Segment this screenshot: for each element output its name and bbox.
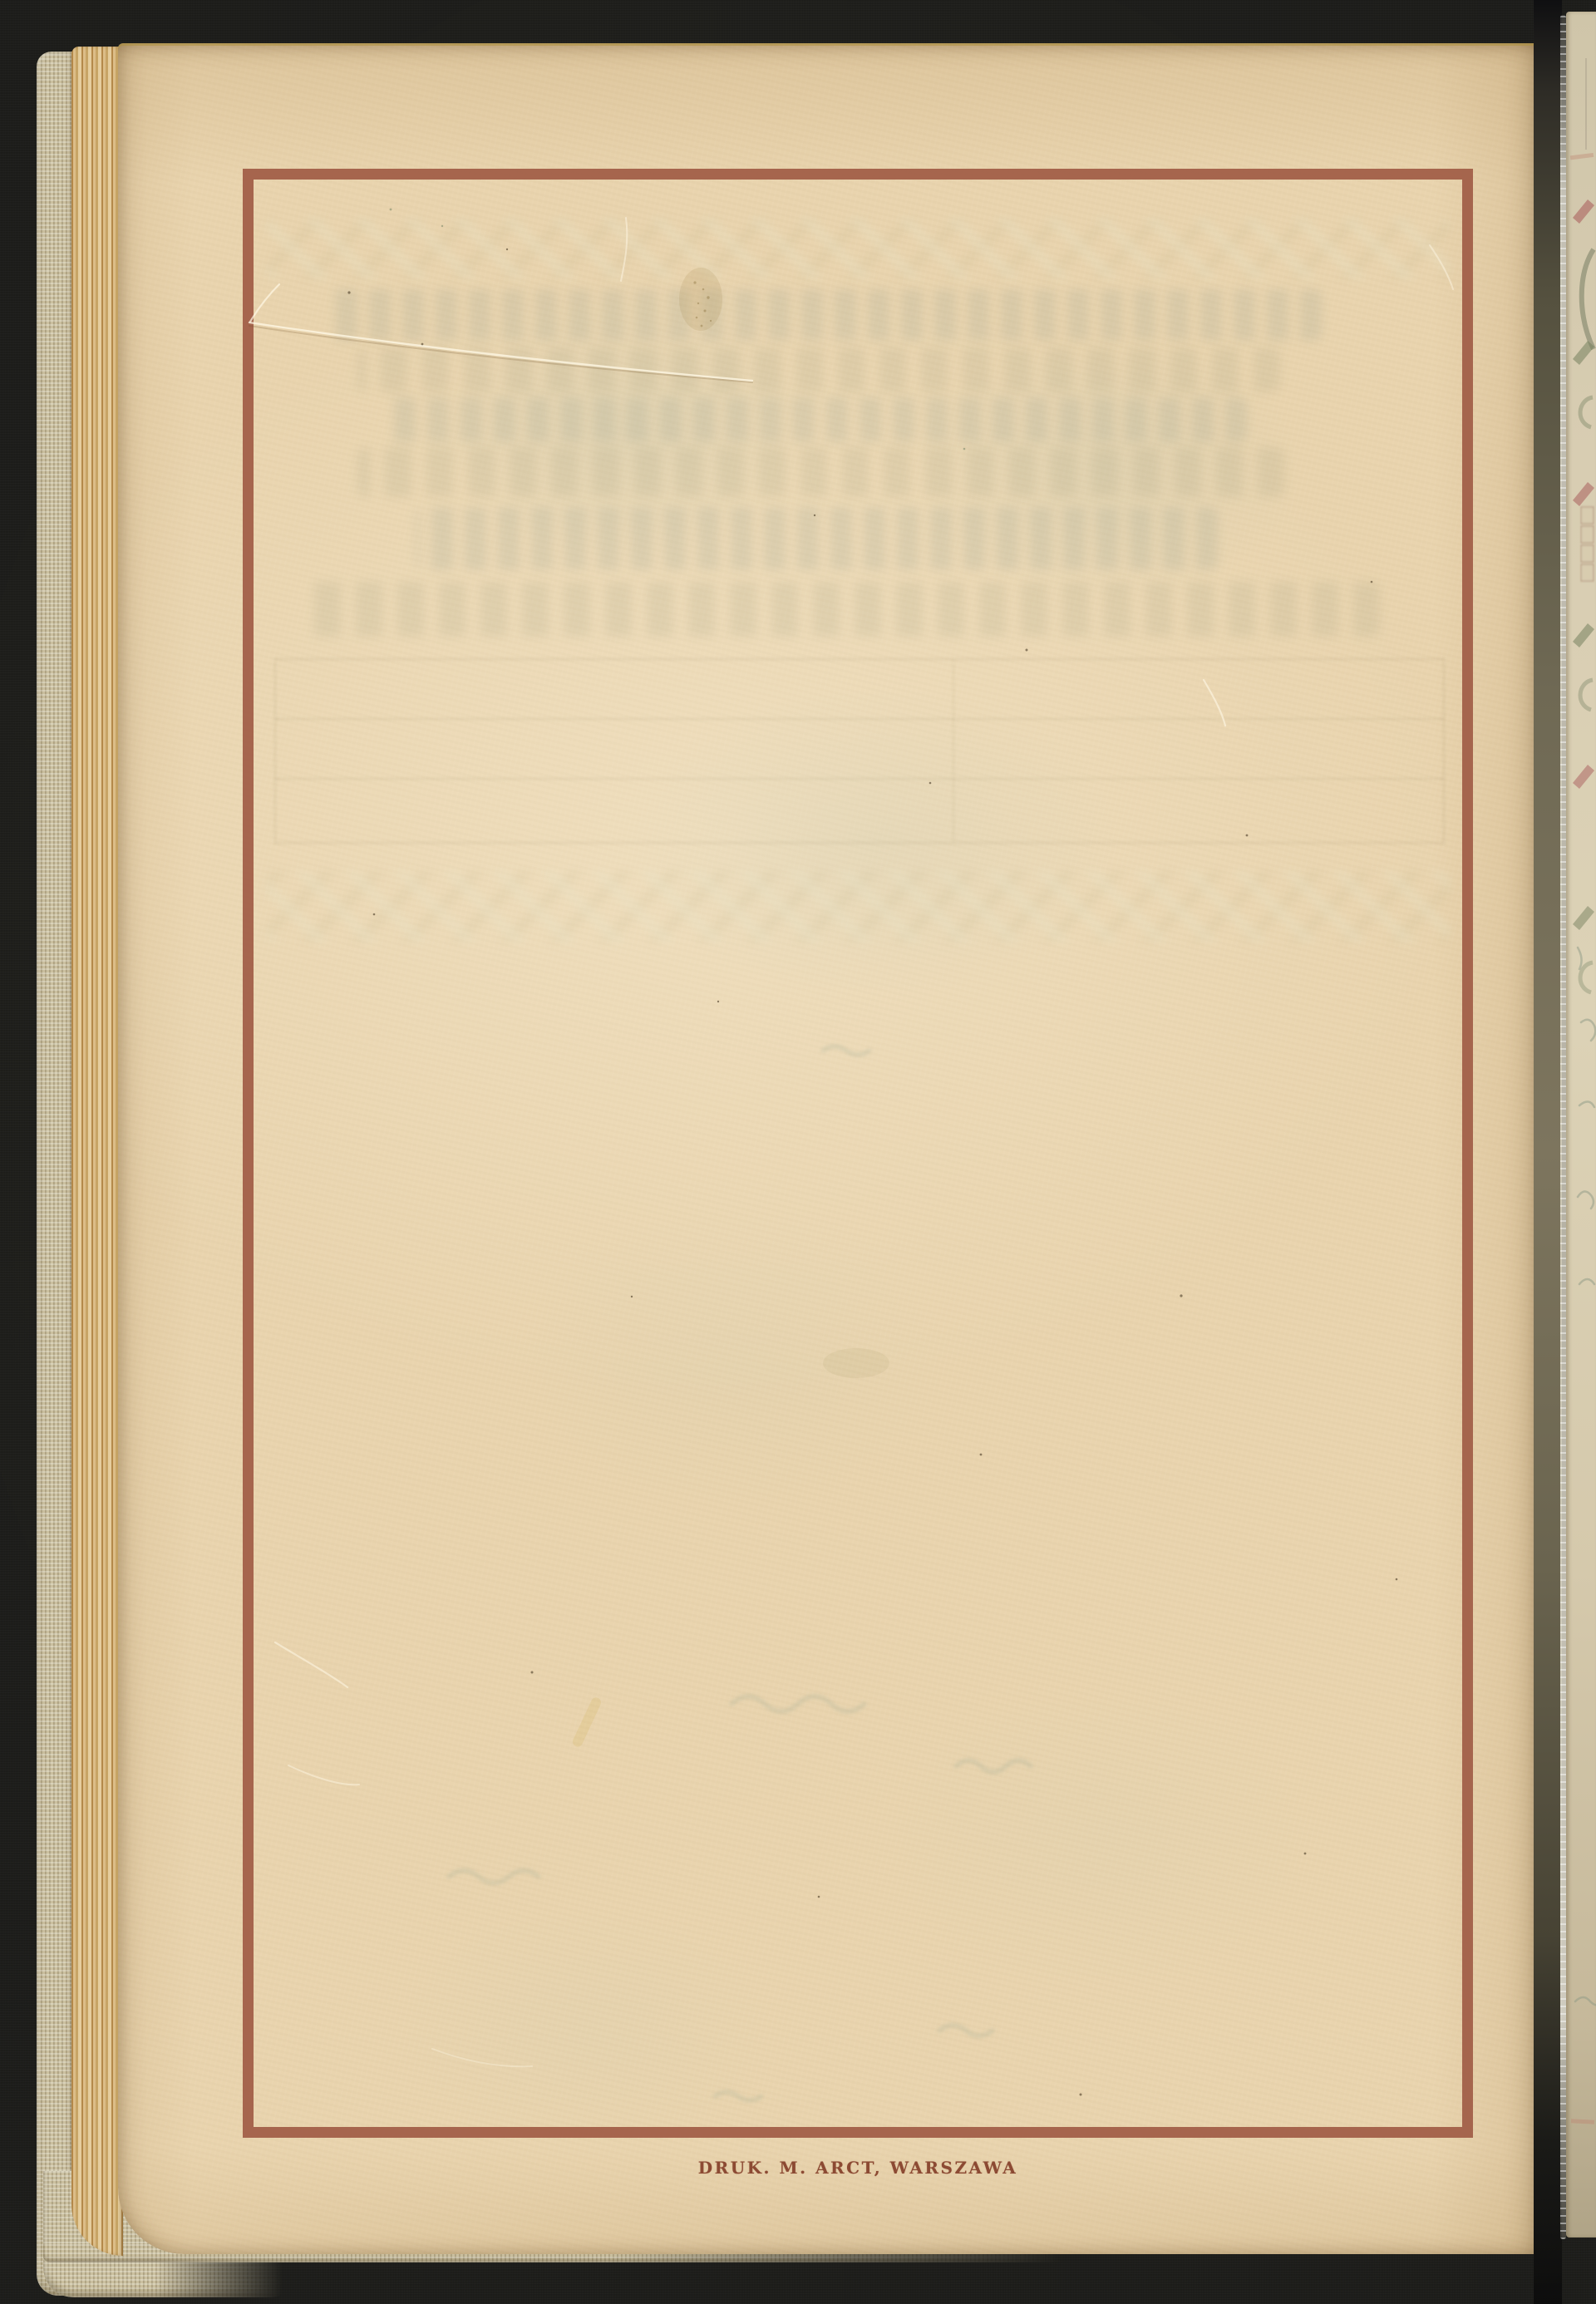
gutter-shadow (1534, 0, 1562, 2304)
next-page-sliver (1566, 12, 1596, 2238)
imprint-text: DRUK. M. ARCT, WARSZAWA (243, 2158, 1473, 2178)
page-edge-stack (71, 47, 123, 2256)
scan-background: DRUK. M. ARCT, WARSZAWA (0, 0, 1596, 2304)
printed-frame-border (243, 169, 1473, 2138)
page-edge-highlight (1560, 15, 1566, 2239)
book-spine-cloth (37, 52, 76, 2296)
